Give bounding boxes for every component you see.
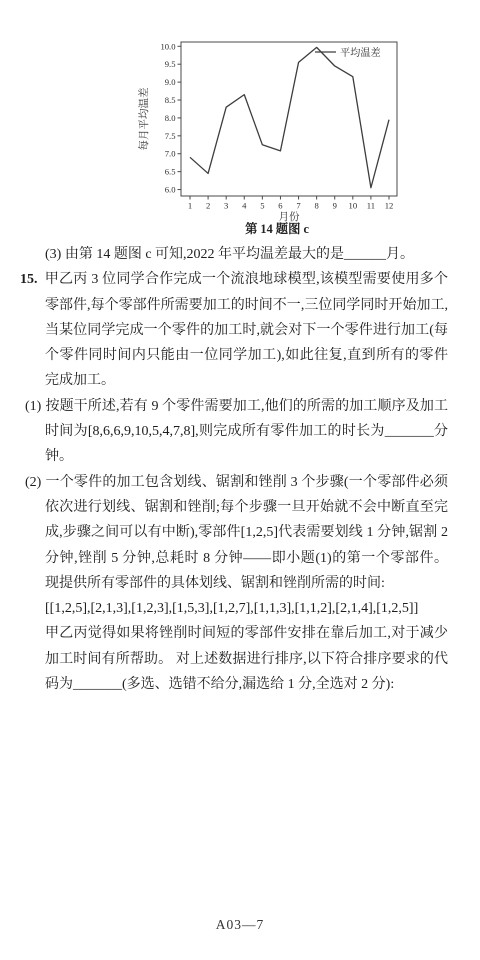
x-tick-label: 4 (242, 201, 247, 211)
y-tick-label: 8.5 (165, 95, 176, 105)
legend-label: 平均温差 (340, 46, 381, 59)
temperature-series-line (190, 47, 389, 187)
y-tick-label: 7.0 (165, 149, 176, 159)
y-tick-label: 6.0 (165, 185, 176, 195)
question-15-intro: 15.甲乙丙 3 位同学合作完成一个流浪地球模型,该模型需要使用多个零部件,每个… (45, 267, 448, 393)
question-3-line: (3) 由第 14 题图 c 可知,2022 年平均温差最大的是______月。 (45, 242, 448, 267)
x-tick-label: 10 (349, 201, 358, 211)
y-tick-label: 10.0 (160, 41, 175, 51)
sub2-label: (2) (25, 475, 41, 490)
x-tick-label: 11 (367, 201, 375, 211)
sub2-text: 一个零件的加工包含划线、锯割和锉削 3 个步骤(一个零部件必须依次进行划线、锯割… (45, 475, 448, 591)
y-tick-label: 6.5 (165, 167, 176, 177)
temperature-line-chart: 6.06.57.07.58.08.59.09.510.0123456789101… (136, 36, 418, 236)
x-tick-label: 2 (206, 201, 210, 211)
x-tick-label: 6 (278, 201, 283, 211)
question-15-sub1: (1)按题干所述,若有 9 个零件需要加工,他们的所需的加工顺序及加工时间为[8… (45, 394, 448, 470)
y-tick-label: 9.5 (165, 59, 176, 69)
y-tick-label: 8.0 (165, 113, 176, 123)
x-tick-label: 12 (385, 201, 394, 211)
x-tick-label: 3 (224, 201, 228, 211)
x-tick-label: 7 (296, 201, 301, 211)
exam-page: 6.06.57.07.58.08.59.09.510.0123456789101… (0, 0, 480, 960)
plot-border (181, 42, 397, 196)
x-tick-label: 1 (188, 201, 192, 211)
parts-time-data-line: [[1,2,5],[2,1,3],[1,2,3],[1,5,3],[1,2,7]… (45, 596, 448, 621)
x-tick-label: 5 (260, 201, 264, 211)
question-15-intro-text: 甲乙丙 3 位同学合作完成一个流浪地球模型,该模型需要使用多个零部件,每个零部件… (45, 272, 449, 388)
chart-caption: 第 14 题图 c (136, 219, 418, 237)
y-tick-label: 9.0 (165, 77, 176, 87)
page-number: A03—7 (0, 917, 480, 933)
question-body: (3) 由第 14 题图 c 可知,2022 年平均温差最大的是______月。… (45, 242, 448, 697)
sub2-followup-text: 甲乙丙觉得如果将锉削时间短的零部件安排在靠后加工,对于减少加工时间有所帮助。 对… (45, 621, 448, 697)
question-15-sub2: (2)一个零件的加工包含划线、锯割和锉削 3 个步骤(一个零部件必须依次进行划线… (45, 470, 448, 596)
x-tick-label: 9 (333, 201, 337, 211)
x-tick-label: 8 (314, 201, 318, 211)
y-tick-label: 7.5 (165, 131, 176, 141)
y-axis-label: 每月平均温差 (137, 88, 150, 151)
sub1-label: (1) (25, 399, 41, 414)
question-15-number: 15. (20, 272, 38, 287)
sub1-text: 按题干所述,若有 9 个零件需要加工,他们的所需的加工顺序及加工时间为[8,6,… (45, 399, 448, 465)
